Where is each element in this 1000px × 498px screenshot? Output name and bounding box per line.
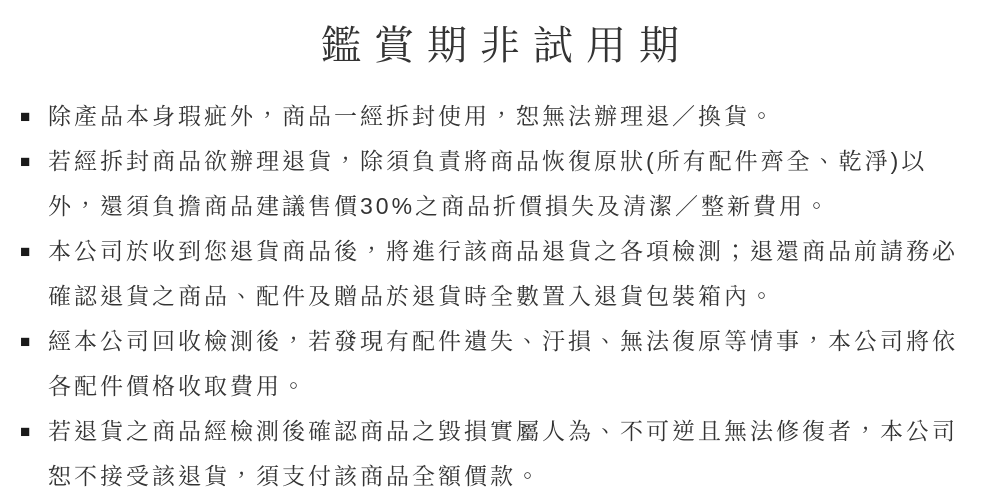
policy-item-text: 若退貨之商品經檢測後確認商品之毀損實屬人為、不可逆且無法修復者，本公司恕不接受該… bbox=[48, 409, 972, 498]
policy-item-4: ■ 經本公司回收檢測後，若發現有配件遺失、汙損、無法復原等情事，本公司將依各配件… bbox=[20, 319, 972, 409]
page-title: 鑑賞期非試用期 bbox=[0, 24, 1000, 68]
policy-list: ■ 除產品本身瑕疵外，商品一經拆封使用，恕無法辦理退／換貨。 ■ 若經拆封商品欲… bbox=[0, 94, 1000, 498]
policy-item-text: 經本公司回收檢測後，若發現有配件遺失、汙損、無法復原等情事，本公司將依各配件價格… bbox=[48, 319, 972, 409]
policy-item-5: ■ 若退貨之商品經檢測後確認商品之毀損實屬人為、不可逆且無法修復者，本公司恕不接… bbox=[20, 409, 972, 498]
square-bullet-icon: ■ bbox=[20, 319, 48, 364]
policy-item-1: ■ 除產品本身瑕疵外，商品一經拆封使用，恕無法辦理退／換貨。 bbox=[20, 94, 972, 139]
policy-item-3: ■ 本公司於收到您退貨商品後，將進行該商品退貨之各項檢測；退還商品前請務必確認退… bbox=[20, 229, 972, 319]
square-bullet-icon: ■ bbox=[20, 94, 48, 139]
policy-item-text: 若經拆封商品欲辦理退貨，除須負責將商品恢復原狀(所有配件齊全、乾淨)以外，還須負… bbox=[48, 139, 972, 229]
policy-item-2: ■ 若經拆封商品欲辦理退貨，除須負責將商品恢復原狀(所有配件齊全、乾淨)以外，還… bbox=[20, 139, 972, 229]
square-bullet-icon: ■ bbox=[20, 409, 48, 454]
return-policy-notice: 鑑賞期非試用期 ■ 除產品本身瑕疵外，商品一經拆封使用，恕無法辦理退／換貨。 ■… bbox=[0, 0, 1000, 498]
square-bullet-icon: ■ bbox=[20, 229, 48, 274]
policy-item-text: 本公司於收到您退貨商品後，將進行該商品退貨之各項檢測；退還商品前請務必確認退貨之… bbox=[48, 229, 972, 319]
square-bullet-icon: ■ bbox=[20, 139, 48, 184]
policy-item-text: 除產品本身瑕疵外，商品一經拆封使用，恕無法辦理退／換貨。 bbox=[48, 94, 972, 139]
